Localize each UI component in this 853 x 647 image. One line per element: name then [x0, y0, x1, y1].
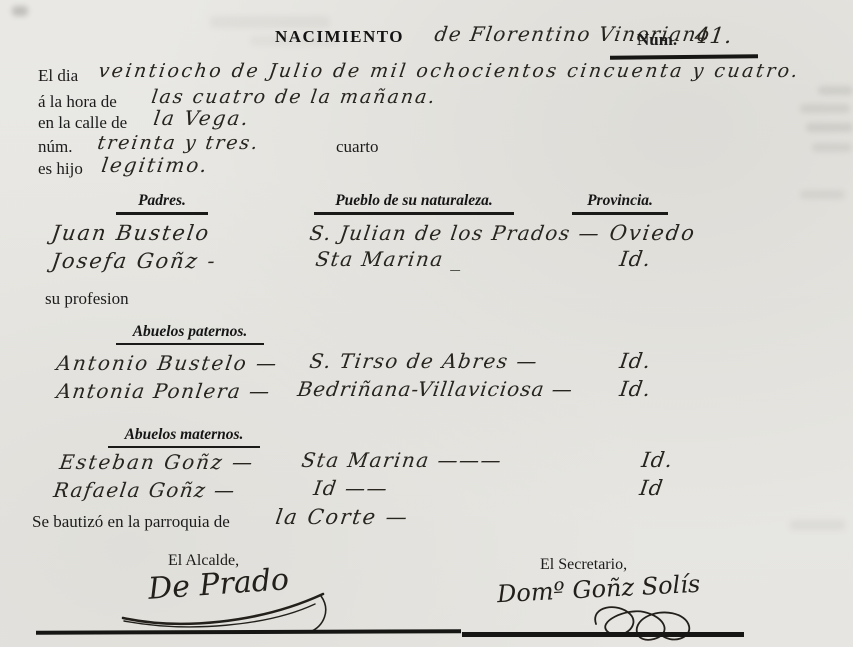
legitimacy-label: es hijo	[38, 159, 83, 179]
parents-column-header: Padres.	[116, 192, 208, 215]
street-value: la Vega.	[152, 106, 252, 130]
father-province: Oviedo	[608, 221, 698, 245]
mother-province: Id.	[618, 247, 653, 271]
bleed-through-mark	[12, 6, 28, 16]
provincia-column-header: Provincia.	[572, 192, 668, 215]
bleed-through-mark	[790, 520, 845, 530]
bottom-rule-right	[462, 632, 744, 637]
record-number-label: Núm.	[637, 30, 677, 50]
form-title: NACIMIENTO	[275, 27, 404, 47]
baptism-parish-value: la Corte —	[274, 505, 411, 529]
paternal-grandmother-name: Antonia Ponlera —	[55, 379, 272, 403]
maternal-grandfather-birthplace: Sta Marina ———	[300, 448, 504, 472]
record-number-value: 41.	[693, 24, 735, 49]
date-value: veintiocho de Julio de mil ochocientos c…	[97, 60, 801, 82]
profession-label: su profesion	[45, 289, 129, 309]
bottom-rule-left	[36, 629, 461, 634]
maternal-grandparents-header: Abuelos maternos.	[108, 426, 260, 448]
alcalde-rubric-flourish	[118, 588, 333, 633]
bleed-through-mark	[812, 143, 852, 152]
father-birthplace: S. Julian de los Prados —	[308, 221, 602, 245]
bleed-through-mark	[800, 104, 850, 113]
record-number-underline	[610, 54, 758, 60]
paternal-grandparents-header: Abuelos paternos.	[116, 323, 264, 345]
paternal-grandmother-birthplace: Bedriñana-Villaviciosa —	[296, 377, 575, 401]
bleed-through-mark	[806, 123, 853, 132]
legitimacy-value: legitimo.	[100, 153, 210, 177]
paternal-grandfather-province: Id.	[618, 349, 653, 373]
mother-birthplace: Sta Marina _	[314, 247, 465, 271]
date-label: El dia	[38, 66, 78, 86]
mother-name: Josefa Goñz -	[50, 249, 218, 273]
cuarto-label: cuarto	[336, 137, 378, 157]
maternal-grandfather-province: Id.	[640, 448, 675, 472]
bleed-through-mark	[818, 86, 853, 95]
maternal-grandmother-birthplace: Id ——	[312, 476, 390, 500]
secretario-label: El Secretario,	[540, 556, 627, 574]
birth-record-scan: NACIMIENTO de Florentino Vinoriano Núm. …	[0, 0, 853, 647]
paternal-grandfather-birthplace: S. Tirso de Abres —	[308, 349, 540, 373]
secretario-rubric-flourish	[586, 600, 701, 646]
bleed-through-mark	[800, 190, 845, 199]
baptism-label: Se bautizó en la parroquia de	[32, 512, 230, 532]
hour-label: á la hora de	[38, 92, 117, 112]
father-name: Juan Bustelo	[50, 221, 212, 245]
house-number-value: treinta y tres.	[96, 132, 261, 154]
maternal-grandfather-name: Esteban Goñz —	[58, 450, 256, 474]
paternal-grandmother-province: Id.	[618, 377, 653, 401]
paternal-grandfather-name: Antonio Bustelo —	[55, 351, 280, 375]
hour-value: las cuatro de la mañana.	[150, 86, 438, 108]
maternal-grandmother-name: Rafaela Goñz —	[52, 478, 237, 502]
pueblo-column-header: Pueblo de su naturaleza.	[314, 192, 514, 215]
maternal-grandmother-province: Id	[638, 476, 665, 500]
street-label: en la calle de	[38, 113, 127, 133]
house-number-label: núm.	[38, 137, 72, 157]
